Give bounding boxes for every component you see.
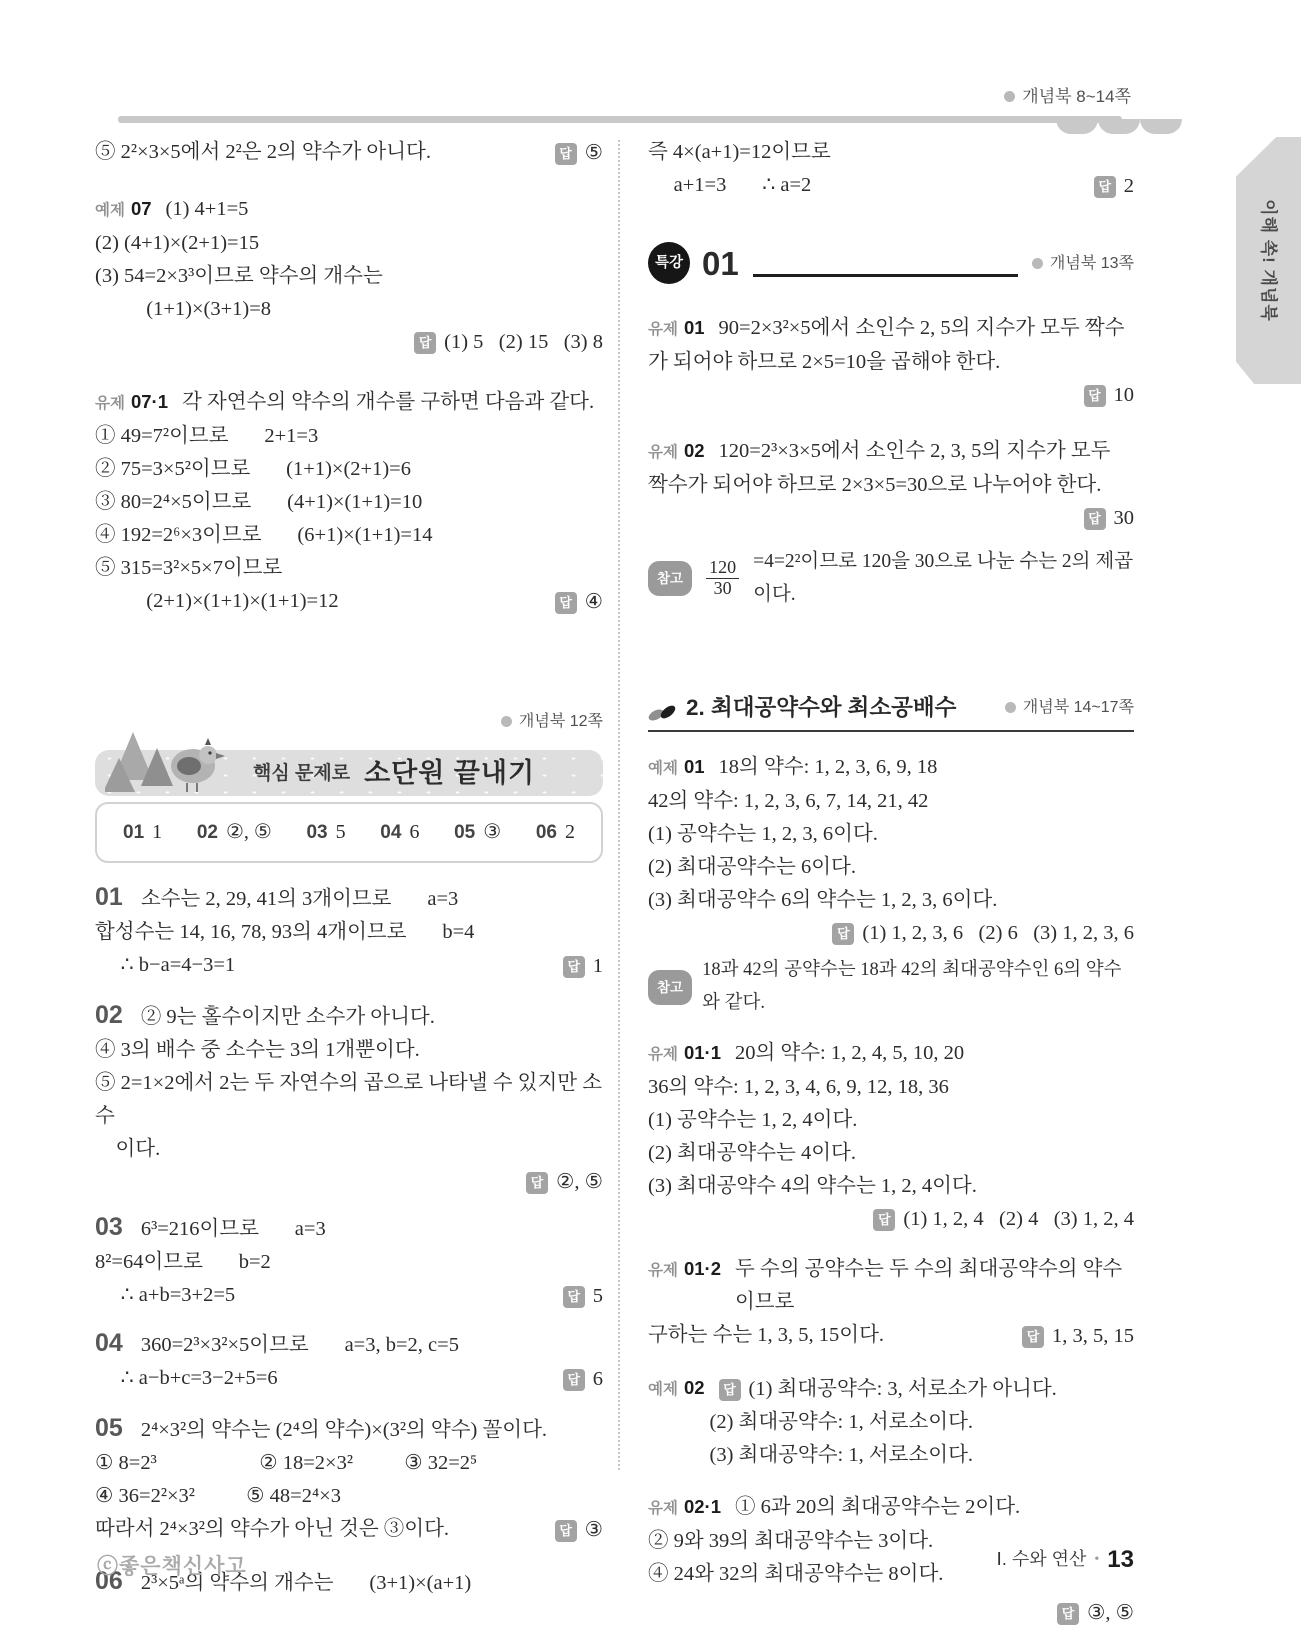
solution-text: 120=2³×3×5에서 소인수 2, 3, 5의 지수가 모두 [719, 435, 1111, 468]
solution-text: ∴ a+b=3+2=5 [95, 1279, 235, 1312]
answer-value: (1) 1, 2, 4 (2) 4 (3) 1, 2, 4 [903, 1203, 1134, 1236]
solution-line: ④ 36=2²×3² ⑤ 48=2⁴×3 [95, 1480, 603, 1513]
answer-value: ④ [585, 586, 603, 619]
answer-value: 5 [593, 1280, 603, 1313]
section-title: 2. 최대공약수와 최소공배수 [686, 691, 1005, 724]
answer-value: (1) 최대공약수: 3, 서로소가 아니다. [749, 1373, 1057, 1406]
answer-line: 답(1) 1, 2, 4 (2) 4 (3) 1, 2, 4 [648, 1203, 1134, 1236]
answer-item: 046 [380, 816, 419, 849]
answer-group: 답(1) 최대공약수: 3, 서로소가 아니다. [719, 1373, 1057, 1406]
solution-line: 36의 약수: 1, 2, 3, 4, 6, 9, 12, 18, 36 [648, 1071, 1134, 1104]
bullet-dot-icon [1005, 702, 1016, 713]
answer-badge: 답 [1084, 385, 1106, 407]
solution-text: 90=2×3²×5에서 소인수 2, 5의 지수가 모두 짝수 [719, 312, 1125, 345]
solution-line: ① 49=7²이므로 2+1=3 [95, 420, 603, 453]
answer-item: 05③ [454, 816, 501, 849]
question-answer: 1 [152, 821, 162, 843]
solution-line: (1) 공약수는 1, 2, 4이다. [648, 1104, 1134, 1137]
block-yu02: 유제 02 120=2³×3×5에서 소인수 2, 3, 5의 지수가 모두 짝… [648, 434, 1134, 535]
section-page-ref: 개념북 13쪽 [1032, 247, 1134, 280]
problem-number: 01 [684, 311, 705, 344]
answer-value: ③, ⑤ [1087, 1597, 1134, 1630]
answer-badge: 답 [1094, 176, 1116, 198]
solution-line: (2) 최대공약수는 6이다. [648, 851, 1134, 884]
answer-group: 답③ [555, 1514, 603, 1547]
banner-title: 소단원 끝내기 [364, 757, 535, 790]
answer-value: 10 [1114, 379, 1135, 412]
problem-type-label: 유제 [648, 1492, 678, 1525]
solution-line: (3) 54=2×3³이므로 약수의 개수는 [95, 260, 603, 293]
problem-type-label: 예제 [648, 752, 678, 785]
question-number: 05 [454, 822, 475, 843]
answer-group: 답2 [1094, 170, 1134, 203]
answer-line: 답③, ⑤ [648, 1597, 1134, 1630]
note-line: 참고 120 30 =4=2²이므로 120을 30으로 나눈 수는 2의 제곱… [648, 545, 1134, 611]
problem-number: 02 [95, 999, 123, 1032]
answer-group: 답④ [555, 586, 603, 619]
left-column: ⑤ 2²×3×5에서 2²은 2의 약수가 아니다. 답⑤ 예제 07 (1) … [95, 130, 603, 1600]
answer-group: 답6 [563, 1363, 603, 1396]
answer-value: ②, ⑤ [556, 1166, 603, 1199]
section-heading: 2. 최대공약수와 최소공배수 개념북 14~17쪽 [648, 691, 1134, 732]
problem-number: 01·1 [684, 1036, 721, 1069]
answer-badge: 답 [563, 956, 585, 978]
bullet-dot-icon [1032, 258, 1043, 269]
special-lecture-rule [753, 274, 1018, 277]
block-04: 04 360=2³×3²×5이므로 a=3, b=2, c=5 ∴ a−b+c=… [95, 1327, 603, 1396]
solution-line: 가 되어야 하므로 2×5=10을 곱해야 한다. [648, 346, 1134, 379]
solution-line: (1+1)×(3+1)=8 [95, 293, 603, 326]
problem-number: 04 [95, 1327, 123, 1360]
answer-group: 답②, ⑤ [526, 1166, 603, 1199]
answer-badge: 답 [555, 592, 577, 614]
chapter-label: Ⅰ. 수와 연산 [997, 1543, 1087, 1576]
answer-line: ∴ a−b+c=3−2+5=6 답6 [95, 1362, 603, 1396]
answer-line: ∴ b−a=4−3=1 답1 [95, 949, 603, 983]
problem-type-label: 유제 [95, 387, 125, 420]
section-page-ref-label: 개념북 12쪽 [519, 705, 603, 738]
answer-group: 답1 [563, 950, 603, 983]
answer-value: 1 [593, 950, 603, 983]
block-06-continued: 즉 4×(a+1)=12이므로 a+1=3 ∴ a=2 답2 [648, 136, 1134, 203]
answer-value: 1, 3, 5, 15 [1052, 1320, 1134, 1353]
problem-type-label: 유제 [648, 1254, 678, 1287]
answer-value: (1) 1, 2, 3, 6 (2) 6 (3) 1, 2, 3, 6 [862, 917, 1134, 950]
bullet-dot-icon [1004, 91, 1015, 102]
block-head: 예제 01 18의 약수: 1, 2, 3, 6, 9, 18 [648, 750, 1134, 785]
solution-text: 360=2³×3²×5이므로 a=3, b=2, c=5 [141, 1329, 459, 1362]
special-lecture-header: 특강 01 개념북 13쪽 [648, 239, 1134, 287]
answer-value: ⑤ [585, 137, 603, 170]
note-line: 참고 18과 42의 공약수는 18과 42의 최대공약수인 6의 약수와 같다… [648, 954, 1134, 1020]
block-head: 예제 02 답(1) 최대공약수: 3, 서로소가 아니다. [648, 1371, 1134, 1406]
question-answer: 2 [565, 821, 575, 843]
solution-line: ④ 3의 배수 중 소수는 3의 1개뿐이다. [95, 1034, 603, 1067]
leaf-icon [648, 698, 678, 724]
problem-number: 05 [95, 1412, 123, 1445]
solution-line: ① 8=2³ ② 18=2×3² ③ 32=2⁵ [95, 1447, 603, 1480]
answer-group: 답⑤ [555, 137, 603, 170]
answer-badge: 답 [563, 1369, 585, 1391]
section-banner: 핵심 문제로 소단원 끝내기 [95, 750, 603, 796]
solution-line: 즉 4×(a+1)=12이므로 [648, 136, 1134, 169]
problem-type-label: 예제 [648, 1373, 678, 1406]
question-answer: 6 [409, 821, 419, 843]
solution-text: ① 6과 20의 최대공약수는 2이다. [735, 1491, 1020, 1524]
problem-number: 07·1 [131, 385, 168, 418]
answer-value: (1) 5 (2) 15 (3) 8 [444, 326, 603, 359]
block-head: 유제 02·1 ① 6과 20의 최대공약수는 2이다. [648, 1490, 1134, 1525]
problem-number: 01 [684, 750, 705, 783]
banner-subtitle: 핵심 문제로 [253, 757, 350, 790]
problem-number: 02 [684, 1371, 705, 1404]
block-yu011: 유제 01·1 20의 약수: 1, 2, 4, 5, 10, 20 36의 약… [648, 1036, 1134, 1236]
solution-text: 따라서 2⁴×3²의 약수가 아닌 것은 ③이다. [95, 1513, 449, 1546]
problem-number: 03 [95, 1211, 123, 1244]
answer-badge: 답 [719, 1379, 741, 1401]
trees-bird-icon [105, 714, 255, 800]
header-page-ref-label: 개념북 8~14쪽 [1022, 80, 1131, 113]
block-head: 04 360=2³×3²×5이므로 a=3, b=2, c=5 [95, 1327, 603, 1362]
answer-group: 답(1) 1, 2, 4 (2) 4 (3) 1, 2, 4 [873, 1203, 1134, 1236]
solution-text: ⑤ 2²×3×5에서 2²은 2의 약수가 아니다. [95, 136, 431, 169]
block-02: 02 ② 9는 홀수이지만 소수가 아니다. ④ 3의 배수 중 소수는 3의 … [95, 999, 603, 1199]
scallop-icon [1140, 119, 1182, 134]
block-05: 05 2⁴×3²의 약수는 (2⁴의 약수)×(3²의 약수) 꼴이다. ① 8… [95, 1412, 603, 1547]
answer-group: 답5 [563, 1280, 603, 1313]
answer-line: 답30 [648, 502, 1134, 535]
question-number: 06 [536, 822, 557, 843]
note-text: =4=2²이므로 120을 30으로 나눈 수는 2의 제곱이다. [753, 545, 1134, 611]
block-head: 유제 02 120=2³×3×5에서 소인수 2, 3, 5의 지수가 모두 [648, 434, 1134, 469]
bullet-dot-icon [501, 716, 512, 727]
block-head: 03 6³=216이므로 a=3 [95, 1211, 603, 1246]
block-head: 유제 07·1 각 자연수의 약수의 개수를 구하면 다음과 같다. [95, 385, 603, 420]
solution-line: (2) 최대공약수: 1, 서로소이다. [648, 1406, 1134, 1439]
solution-text: 구하는 수는 1, 3, 5, 15이다. [648, 1319, 884, 1352]
fraction-numerator: 120 [706, 558, 739, 579]
solution-line: (3) 최대공약수 6의 약수는 1, 2, 3, 6이다. [648, 884, 1134, 917]
solution-line: (2) 최대공약수는 4이다. [648, 1137, 1134, 1170]
answer-group: 답30 [1084, 502, 1135, 535]
solution-text: 20의 약수: 1, 2, 4, 5, 10, 20 [735, 1037, 964, 1070]
answer-badge: 답 [873, 1209, 895, 1231]
answer-badge: 답 [526, 1172, 548, 1194]
solution-text: 소수는 2, 29, 41의 3개이므로 a=3 [141, 883, 458, 916]
block-head: 유제 01 90=2×3²×5에서 소인수 2, 5의 지수가 모두 짝수 [648, 311, 1134, 346]
answer-item: 011 [123, 816, 162, 849]
right-column: 즉 4×(a+1)=12이므로 a+1=3 ∴ a=2 답2 특강 01 개념북… [648, 130, 1134, 1630]
block-head: 01 소수는 2, 29, 41의 3개이므로 a=3 [95, 881, 603, 916]
sidebar-tab: 이해 쏙! 개념북 [1236, 137, 1301, 384]
answer-group: 답(1) 1, 2, 3, 6 (2) 6 (3) 1, 2, 3, 6 [832, 917, 1134, 950]
solution-text: 18의 약수: 1, 2, 3, 6, 9, 18 [719, 751, 938, 784]
answer-line: 따라서 2⁴×3²의 약수가 아닌 것은 ③이다. 답③ [95, 1513, 603, 1547]
answer-line: a+1=3 ∴ a=2 답2 [648, 169, 1134, 203]
block-head: 05 2⁴×3²의 약수는 (2⁴의 약수)×(3²의 약수) 꼴이다. [95, 1412, 603, 1447]
solution-line: 이다. [95, 1133, 603, 1166]
problem-number: 02·1 [684, 1490, 721, 1523]
answer-badge: 답 [1022, 1326, 1044, 1348]
solution-text: 6³=216이므로 a=3 [141, 1213, 326, 1246]
fraction: 120 30 [706, 558, 739, 599]
problem-number: 02 [684, 434, 705, 467]
block-yu01: 유제 01 90=2×3²×5에서 소인수 2, 5의 지수가 모두 짝수 가 … [648, 311, 1134, 412]
block-ex01: 예제 01 18의 약수: 1, 2, 3, 6, 9, 18 42의 약수: … [648, 750, 1134, 950]
answer-badge: 답 [555, 143, 577, 165]
answer-line: 답②, ⑤ [95, 1166, 603, 1199]
section-page-ref-label: 개념북 13쪽 [1050, 247, 1134, 280]
answer-badge: 답 [1057, 1603, 1079, 1625]
special-lecture-number: 01 [702, 247, 739, 280]
solution-text: 2⁴×3²의 약수는 (2⁴의 약수)×(3²의 약수) 꼴이다. [141, 1414, 547, 1447]
problem-number: 01 [95, 881, 123, 914]
block-01: 01 소수는 2, 29, 41의 3개이므로 a=3 합성수는 14, 16,… [95, 881, 603, 983]
answer-badge: 답 [832, 923, 854, 945]
block-ex02: 예제 02 답(1) 최대공약수: 3, 서로소가 아니다. (2) 최대공약수… [648, 1371, 1134, 1472]
fraction-denominator: 30 [714, 579, 732, 599]
answer-line: (2+1)×(1+1)×(1+1)=12 답④ [95, 585, 603, 619]
problem-type-label: 유제 [648, 1038, 678, 1071]
answer-item: 035 [306, 816, 345, 849]
answer-group: 답10 [1084, 379, 1135, 412]
answer-badge: 답 [1084, 508, 1106, 530]
answer-line: ∴ a+b=3+2=5 답5 [95, 1279, 603, 1313]
answer-group: 답1, 3, 5, 15 [1022, 1320, 1134, 1353]
solution-line: 42의 약수: 1, 2, 3, 6, 7, 14, 21, 42 [648, 785, 1134, 818]
question-answer: ③ [483, 821, 501, 843]
solution-text: ② 9는 홀수이지만 소수가 아니다. [141, 1001, 435, 1034]
answer-badge: 답 [555, 1520, 577, 1542]
answer-badge: 답 [563, 1286, 585, 1308]
footer-separator: • [1094, 1543, 1099, 1576]
note-text: 18과 42의 공약수는 18과 42의 최대공약수인 6의 약수와 같다. [702, 954, 1134, 1020]
problem-number: 07 [131, 192, 152, 225]
section-page-ref: 개념북 14~17쪽 [1005, 691, 1134, 724]
block-ex07: 예제 07 (1) 4+1=5 (2) (4+1)×(2+1)=15 (3) 5… [95, 192, 603, 359]
answer-value: 2 [1124, 170, 1134, 203]
problem-type-label: 유제 [648, 436, 678, 469]
question-number: 03 [306, 822, 327, 843]
solution-line: 짝수가 되어야 하므로 2×3×5=30으로 나누어야 한다. [648, 469, 1134, 502]
column-divider [618, 140, 620, 1470]
solution-line: ③ 80=2⁴×5이므로 (4+1)×(1+1)=10 [95, 486, 603, 519]
special-lecture-badge: 특강 [648, 242, 690, 284]
problem-number: 01·2 [684, 1252, 721, 1285]
solution-line: ⑤ 2²×3×5에서 2²은 2의 약수가 아니다. 답⑤ [95, 136, 603, 170]
answer-line: 답10 [648, 379, 1134, 412]
question-number: 02 [197, 822, 218, 843]
question-answer: 5 [336, 821, 346, 843]
answer-value: 30 [1114, 502, 1135, 535]
answer-item: 02②, ⑤ [197, 816, 272, 849]
question-number: 04 [380, 822, 401, 843]
header-page-ref: 개념북 8~14쪽 [1004, 80, 1131, 113]
answer-value: ③ [585, 1514, 603, 1547]
block-head: 02 ② 9는 홀수이지만 소수가 아니다. [95, 999, 603, 1034]
page-number: 13 [1107, 1543, 1134, 1576]
answer-line: 답(1) 1, 2, 3, 6 (2) 6 (3) 1, 2, 3, 6 [648, 917, 1134, 950]
book-page: 개념북 8~14쪽 이해 쏙! 개념북 ⑤ 2²×3×5에서 2²은 2의 약수… [0, 0, 1301, 1652]
question-answer: ②, ⑤ [226, 821, 272, 843]
solution-line: (1) 공약수는 1, 2, 3, 6이다. [648, 818, 1134, 851]
answer-group: 답(1) 5 (2) 15 (3) 8 [414, 326, 603, 359]
block-03: 03 6³=216이므로 a=3 8²=64이므로 b=2 ∴ a+b=3+2=… [95, 1211, 603, 1313]
note-badge: 참고 [648, 561, 692, 596]
solution-line: ② 75=3×5²이므로 (1+1)×(2+1)=6 [95, 453, 603, 486]
block-yu012: 유제 01·2 두 수의 공약수는 두 수의 최대공약수의 약수이므로 구하는 … [648, 1252, 1134, 1353]
section-page-ref-label: 개념북 14~17쪽 [1023, 691, 1134, 724]
solution-line: (3) 최대공약수: 1, 서로소이다. [648, 1439, 1134, 1472]
solution-line: (2) (4+1)×(2+1)=15 [95, 227, 603, 260]
solution-text: 각 자연수의 약수의 개수를 구하면 다음과 같다. [182, 386, 594, 419]
block-head: 유제 01·2 두 수의 공약수는 두 수의 최대공약수의 약수이므로 [648, 1252, 1134, 1319]
problem-type-label: 예제 [95, 194, 125, 227]
solution-text: (2+1)×(1+1)×(1+1)=12 [95, 585, 339, 618]
solution-text: a+1=3 ∴ a=2 [648, 169, 811, 202]
solution-line: 8²=64이므로 b=2 [95, 1246, 603, 1279]
answer-badge: 답 [414, 332, 436, 354]
solution-text: ∴ b−a=4−3=1 [95, 949, 235, 982]
solution-text: ∴ a−b+c=3−2+5=6 [95, 1362, 278, 1395]
answer-line: 답(1) 5 (2) 15 (3) 8 [95, 326, 603, 359]
publisher-logo: ⓒ좋은책신사고 [97, 1550, 247, 1583]
page-footer: Ⅰ. 수와 연산 • 13 [997, 1543, 1134, 1576]
solution-line: ⑤ 2=1×2에서 2는 두 자연수의 곱으로 나타낼 수 있지만 소수 [95, 1067, 603, 1133]
solution-text: (1) 4+1=5 [166, 193, 249, 226]
solution-line: ⑤ 315=3²×5×7이므로 [95, 552, 603, 585]
answer-line: 구하는 수는 1, 3, 5, 15이다. 답1, 3, 5, 15 [648, 1319, 1134, 1353]
answer-value: 6 [593, 1363, 603, 1396]
answer-group: 답③, ⑤ [1057, 1597, 1134, 1630]
solution-text: 두 수의 공약수는 두 수의 최대공약수의 약수이므로 [735, 1253, 1134, 1319]
solution-line: 합성수는 14, 16, 78, 93의 4개이므로 b=4 [95, 916, 603, 949]
problem-type-label: 유제 [648, 313, 678, 346]
question-number: 01 [123, 822, 144, 843]
sidebar-tab-label: 이해 쏙! 개념북 [1252, 199, 1285, 322]
block-yu071: 유제 07·1 각 자연수의 약수의 개수를 구하면 다음과 같다. ① 49=… [95, 385, 603, 619]
solution-line: ④ 192=2⁶×3이므로 (6+1)×(1+1)=14 [95, 519, 603, 552]
answer-item: 062 [536, 816, 575, 849]
header-rule [118, 116, 1122, 123]
note-badge: 참고 [648, 970, 692, 1005]
block-head: 예제 07 (1) 4+1=5 [95, 192, 603, 227]
answer-summary-box: 011 02②, ⑤ 035 046 05③ 062 [95, 802, 603, 863]
solution-line: (3) 최대공약수 4의 약수는 1, 2, 4이다. [648, 1170, 1134, 1203]
block-head: 유제 01·1 20의 약수: 1, 2, 4, 5, 10, 20 [648, 1036, 1134, 1071]
